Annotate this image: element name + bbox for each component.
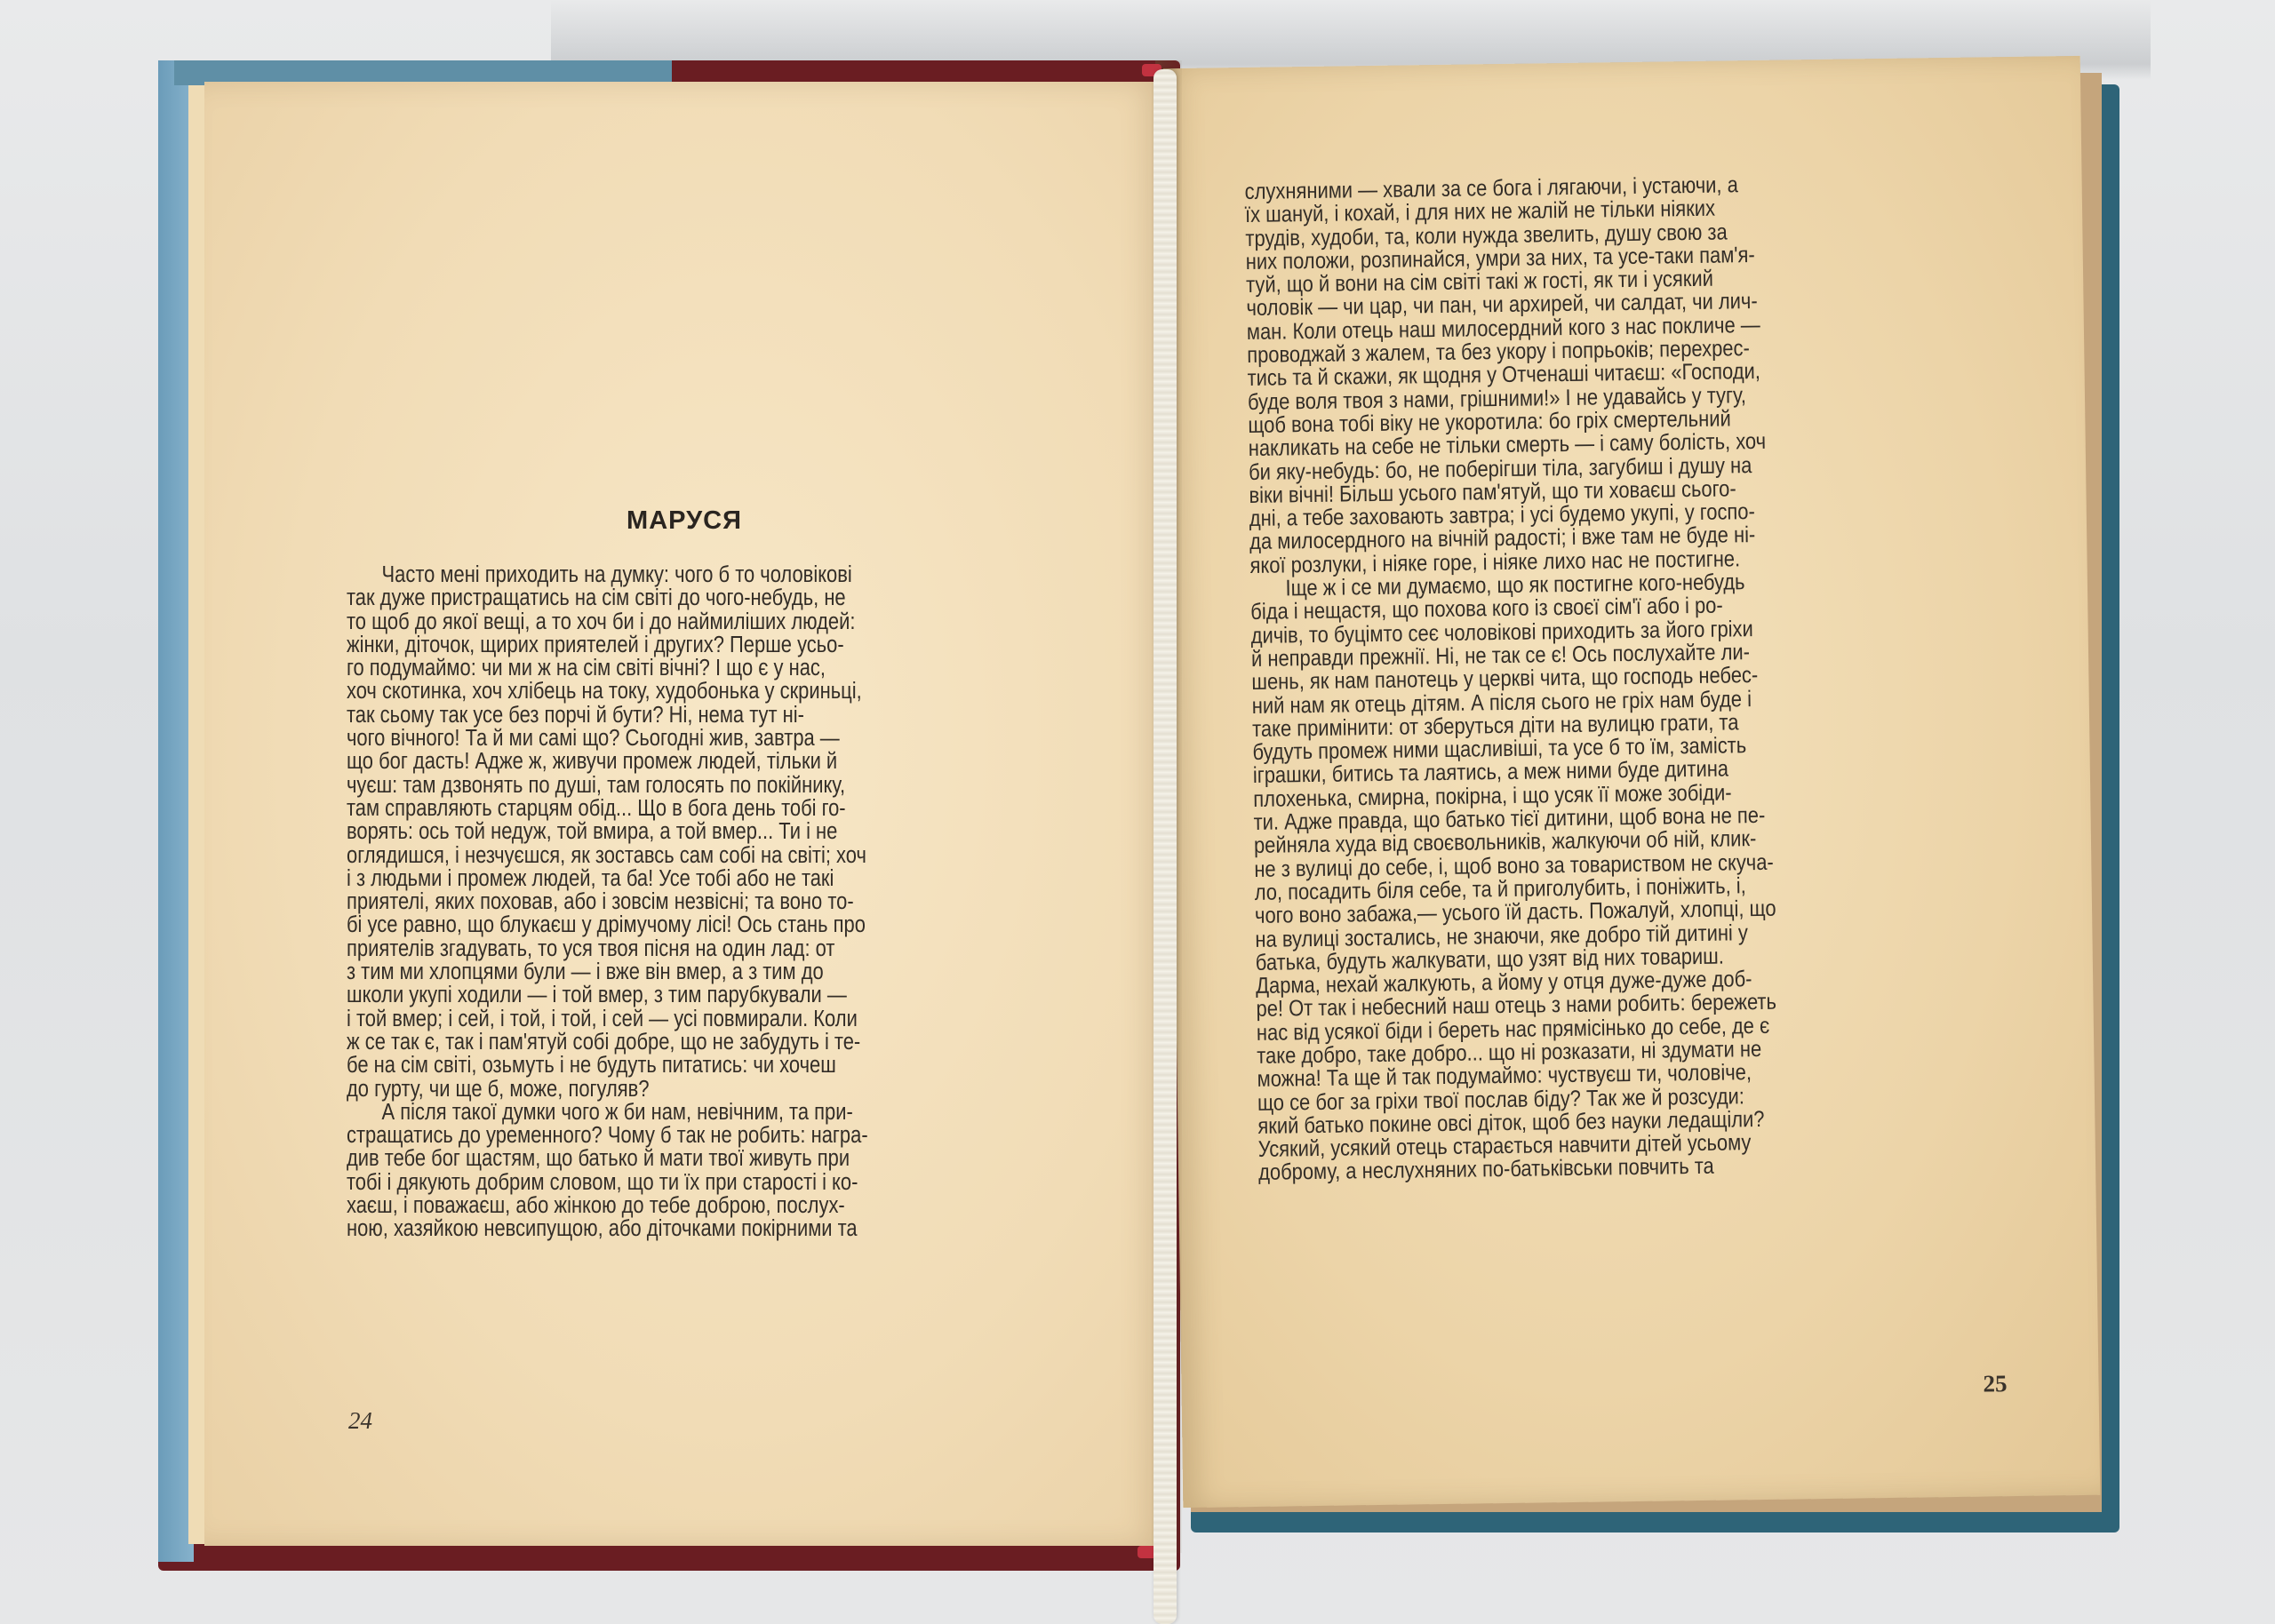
- right-page-text: слухняними — хвали за се бога і лягаючи,…: [1245, 174, 1698, 1185]
- text-line: тобі і дякують добрим словом, що ти їх п…: [347, 1171, 786, 1194]
- text-line: з тим ми хлопцями були — і вже він вмер,…: [347, 960, 786, 983]
- text-line: стращатись до уременного? Чому б так не …: [347, 1124, 786, 1147]
- text-line: див тебе бог щастям, що батько й мати тв…: [347, 1147, 786, 1170]
- text-line: чого вічного! Та й ми самі що? Сьогодні …: [347, 727, 786, 750]
- text-line: хоч скотинка, хоч хлібець на току, худоб…: [347, 680, 786, 703]
- left-page: МАРУСЯ Часто мені приходить на думку: чо…: [204, 82, 1164, 1546]
- chapter-title: МАРУСЯ: [204, 506, 1164, 536]
- text-line: до гурту, чи ще б, може, погуляв?: [347, 1078, 786, 1101]
- text-line: що бог дасть! Адже ж, живучи промеж люде…: [347, 750, 786, 773]
- text-line: школи укупі ходили — і той вмер, з тим п…: [347, 983, 786, 1007]
- text-line: ворять: ось той недуж, той вмира, а той …: [347, 820, 786, 843]
- text-line: приятелів згадувать, то уся твоя пісня н…: [347, 937, 786, 960]
- text-line: бі усе равно, що блукаєш у дрімучому ліс…: [347, 913, 786, 936]
- right-page: слухняними — хвали за се бога і лягаючи,…: [1163, 56, 2101, 1508]
- text-line: так дуже пристращатись на сім світі до ч…: [347, 586, 786, 609]
- text-line: ж се так є, так і пам'ятуй собі добре, щ…: [347, 1031, 786, 1054]
- text-line: жінки, діточок, щирих приятелей і других…: [347, 633, 786, 657]
- bookmark-ribbon[interactable]: [1153, 69, 1177, 1624]
- text-line: там справляють старцям обід... Що в бога…: [347, 797, 786, 820]
- text-line: то щоб до якої вещі, а то хоч би і до на…: [347, 610, 786, 633]
- text-line: А після такої думки чого ж би нам, невіч…: [347, 1101, 786, 1124]
- text-line: так сьому так усе без порчі й бути? Ні, …: [347, 704, 786, 727]
- text-line: приятелі, яких поховав, або і зовсім нез…: [347, 890, 786, 913]
- text-line: оглядишся, і незчуєшся, як зоставсь сам …: [347, 844, 786, 867]
- page-number-left: 24: [348, 1407, 372, 1435]
- text-line: го подумаймо: чи ми ж на сім світі вічні…: [347, 657, 786, 680]
- text-line: чуєш: там дзвонять по душі, там голосять…: [347, 774, 786, 797]
- page-number-right: 25: [1983, 1370, 2007, 1397]
- text-line: ною, хазяйкою невсипущою, або діточками …: [347, 1217, 786, 1240]
- text-line: хаєш, і поважаєш, або жінкою до тебе доб…: [347, 1194, 786, 1217]
- text-line: і той вмер; і сей, і той, і той, і сей —…: [347, 1007, 786, 1031]
- left-page-text: Часто мені приходить на думку: чого б то…: [347, 563, 786, 1241]
- text-line: доброму, а неслухняних по-батьківськи по…: [1258, 1155, 1698, 1184]
- text-line: бе на сім світі, озьмуть і не будуть пит…: [347, 1054, 786, 1077]
- text-line: Часто мені приходить на думку: чого б то…: [347, 563, 786, 586]
- text-line: і з людьми і промеж людей, та ба! Усе то…: [347, 867, 786, 890]
